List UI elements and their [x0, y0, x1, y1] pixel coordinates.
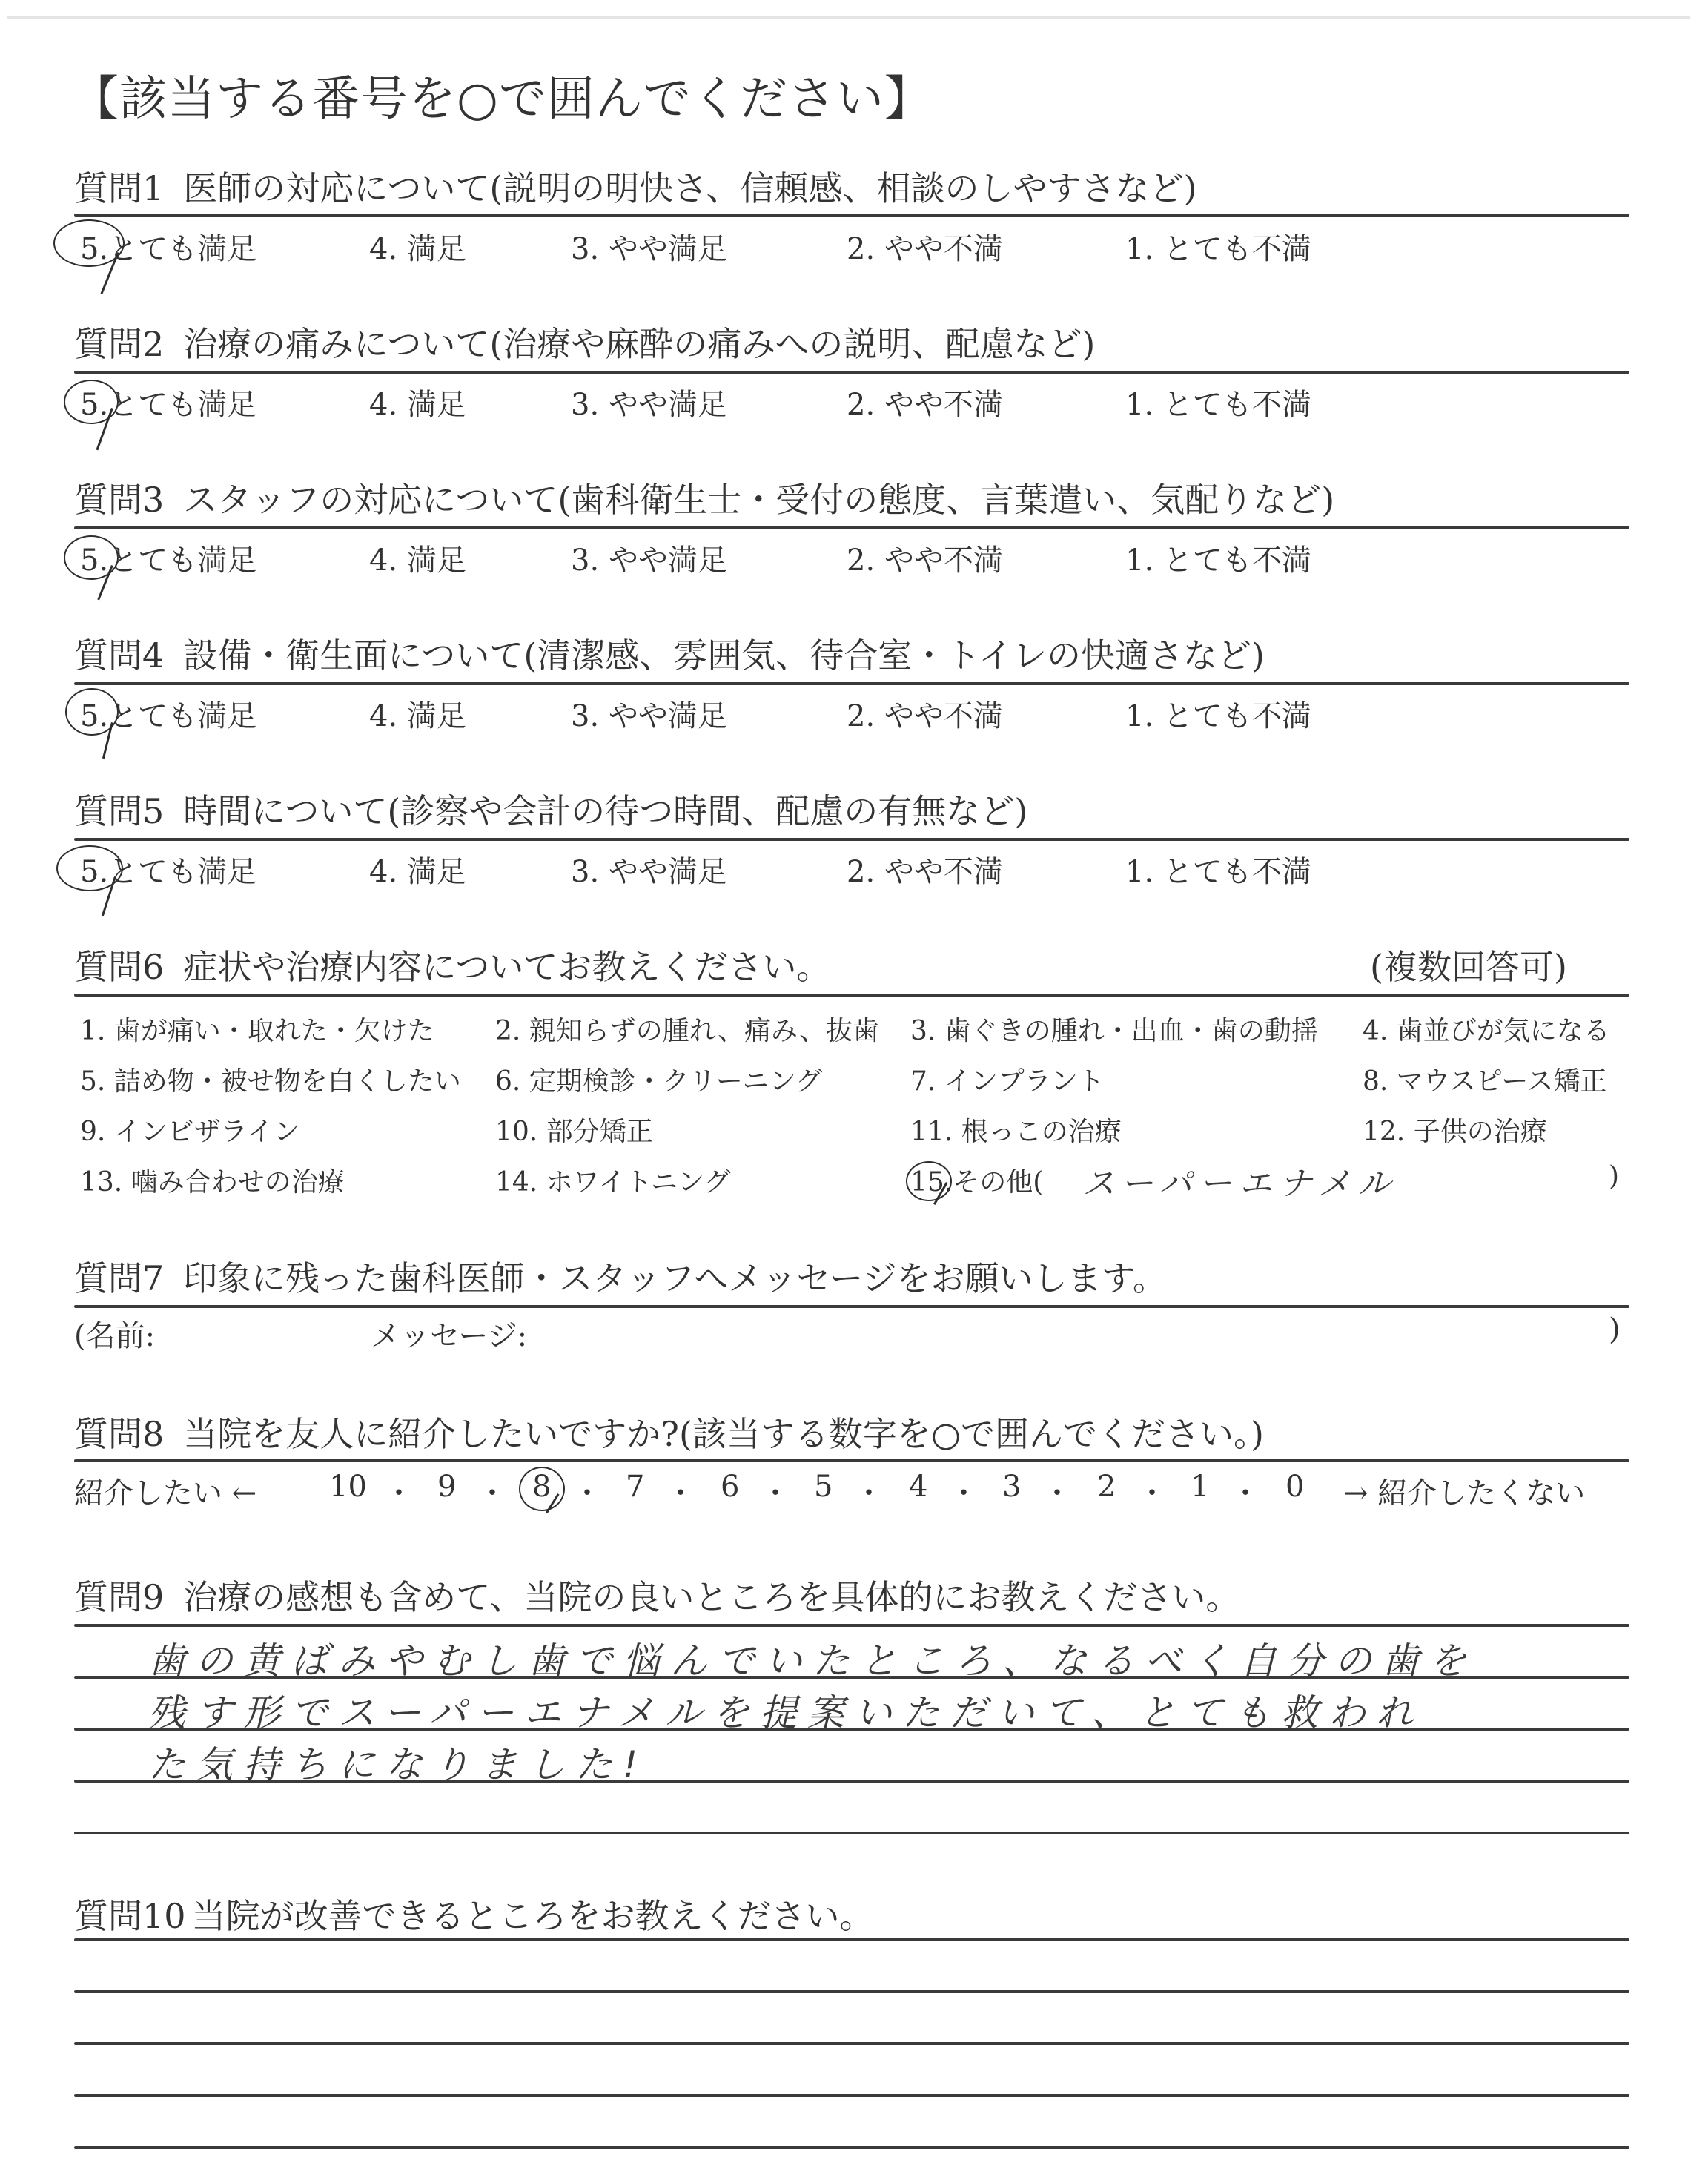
q10-answer-line-4[interactable] — [148, 2101, 1557, 2138]
q6-other-input[interactable]: スーパーエナメル — [1082, 1157, 1398, 1204]
q5-option-4[interactable]: 4. 満足 — [369, 848, 466, 891]
q6-option-1[interactable]: 1. 歯が痛い・取れた・欠けた — [80, 1010, 434, 1048]
question-2-rule — [74, 371, 1629, 374]
scale-6[interactable]: 6 — [721, 1470, 739, 1504]
form-instruction-title: 【該当する番号を○で囲んでください】 — [71, 61, 933, 129]
q6-option-14[interactable]: 14. ホワイトニング — [495, 1161, 730, 1199]
question-8-rule — [74, 1459, 1629, 1462]
q3-option-2[interactable]: 2. やや不満 — [847, 537, 1003, 579]
q1-option-4[interactable]: 4. 満足 — [369, 225, 466, 268]
q6-option-5[interactable]: 5. 詰め物・被せ物を白くしたい — [80, 1060, 461, 1098]
q6-option-13[interactable]: 13. 噛み合わせの治療 — [80, 1161, 345, 1199]
question-3-rule — [74, 526, 1629, 529]
q6-option-3[interactable]: 3. 歯ぐきの腫れ・出血・歯の動揺 — [910, 1010, 1318, 1048]
question-number: 質問1 — [74, 168, 164, 208]
question-8-heading: 質問8当院を友人に紹介したいですか?(該当する数字を○で囲んでください。) — [74, 1407, 1264, 1456]
q6-option-15-selection-circle — [906, 1161, 952, 1201]
scale-separator: ・ — [384, 1470, 414, 1512]
question-6-rule — [74, 994, 1629, 997]
answer-line — [74, 1676, 1629, 1679]
q6-option-10[interactable]: 10. 部分矯正 — [495, 1111, 653, 1149]
q3-option-3[interactable]: 3. やや満足 — [571, 537, 727, 579]
scale-separator: ・ — [1137, 1470, 1167, 1512]
q1-option-2[interactable]: 2. やや不満 — [847, 225, 1003, 268]
q5-option-2[interactable]: 2. やや不満 — [847, 848, 1003, 891]
q7-name-label: (名前: — [74, 1312, 155, 1355]
question-5-heading: 質問5時間について(診察や会計の待つ時間、配慮の有無など) — [74, 785, 1027, 833]
scale-5[interactable]: 5 — [814, 1470, 833, 1504]
scale-separator: ・ — [572, 1470, 602, 1512]
q7-close-paren: ) — [1609, 1312, 1621, 1347]
q4-option-4[interactable]: 4. 満足 — [369, 693, 466, 735]
q8-selection-circle — [519, 1467, 565, 1511]
q6-option-2[interactable]: 2. 親知らずの腫れ、痛み、抜歯 — [495, 1010, 879, 1048]
q2-option-1[interactable]: 1. とても不満 — [1125, 381, 1311, 423]
question-9-heading: 質問9治療の感想も含めて、当院の良いところを具体的にお教えください。 — [74, 1571, 1239, 1619]
q6-option-4[interactable]: 4. 歯並びが気になる — [1363, 1010, 1610, 1048]
q4-option-1[interactable]: 1. とても不満 — [1125, 693, 1311, 735]
q3-option-1[interactable]: 1. とても不満 — [1125, 537, 1311, 579]
question-10-heading: 質問10当院が改善できるところをお教えください。 — [74, 1889, 874, 1938]
scale-3[interactable]: 3 — [1002, 1470, 1021, 1504]
scale-separator: ・ — [761, 1470, 790, 1512]
q2-option-2[interactable]: 2. やや不満 — [847, 381, 1003, 423]
q3-selection-circle — [64, 535, 119, 580]
q5-option-3[interactable]: 3. やや満足 — [571, 848, 727, 891]
scale-7[interactable]: 7 — [626, 1470, 644, 1504]
answer-line — [74, 2042, 1629, 2045]
multiple-answers-note: (複数回答可) — [1370, 940, 1567, 989]
q2-option-4[interactable]: 4. 満足 — [369, 381, 466, 423]
q6-other-close-paren: ) — [1609, 1161, 1619, 1192]
scale-separator: ・ — [854, 1470, 884, 1512]
question-2-heading: 質問2治療の痛みについて(治療や麻酔の痛みへの説明、配慮など) — [74, 317, 1095, 366]
q6-option-12[interactable]: 12. 子供の治療 — [1363, 1111, 1547, 1149]
answer-line — [74, 2146, 1629, 2149]
q6-option-9[interactable]: 9. インビザライン — [80, 1111, 300, 1149]
answer-line — [74, 1990, 1629, 1993]
q3-option-4[interactable]: 4. 満足 — [369, 537, 466, 579]
scale-separator: ・ — [949, 1470, 979, 1512]
scale-4[interactable]: 4 — [909, 1470, 927, 1504]
q6-option-11[interactable]: 11. 根っこの治療 — [910, 1111, 1122, 1149]
question-7-heading: 質問7印象に残った歯科医師・スタッフへメッセージをお願いします。 — [74, 1252, 1167, 1301]
scale-0[interactable]: 0 — [1285, 1470, 1304, 1504]
scale-1[interactable]: 1 — [1191, 1470, 1209, 1504]
question-1-heading: 質問1医師の対応について(説明の明快さ、信頼感、相談のしやすさなど) — [74, 162, 1196, 211]
q10-answer-line-3[interactable] — [148, 2050, 1557, 2087]
question-4-heading: 質問4設備・衛生面について(清潔感、雰囲気、待合室・トイレの快適さなど) — [74, 629, 1265, 678]
scale-10[interactable]: 10 — [329, 1470, 367, 1504]
scale-separator: ・ — [1231, 1470, 1260, 1512]
q5-option-1[interactable]: 1. とても不満 — [1125, 848, 1311, 891]
q2-option-3[interactable]: 3. やや満足 — [571, 381, 727, 423]
scale-2[interactable]: 2 — [1097, 1470, 1116, 1504]
q6-option-7[interactable]: 7. インプラント — [910, 1060, 1105, 1098]
question-10-rule — [74, 1938, 1629, 1941]
question-4-rule — [74, 682, 1629, 685]
question-text: 医師の対応について(説明の明快さ、信頼感、相談のしやすさなど) — [183, 168, 1196, 208]
q7-message-field[interactable] — [563, 1312, 1586, 1345]
q4-option-3[interactable]: 3. やや満足 — [571, 693, 727, 735]
recommend-right-label: → 紹介したくない — [1343, 1470, 1585, 1512]
q7-message-label: メッセージ: — [371, 1312, 527, 1355]
question-7-rule — [74, 1305, 1629, 1308]
q4-option-2[interactable]: 2. やや不満 — [847, 693, 1003, 735]
question-5-rule — [74, 838, 1629, 841]
q1-option-1[interactable]: 1. とても不満 — [1125, 225, 1311, 268]
answer-line — [74, 1780, 1629, 1783]
q2-selection-circle — [64, 380, 119, 424]
scale-separator: ・ — [666, 1470, 695, 1512]
page-top-edge — [7, 16, 1690, 19]
q10-answer-line-2[interactable] — [148, 1998, 1557, 2035]
answer-line — [74, 1728, 1629, 1731]
recommend-left-label: 紹介したい ← — [74, 1470, 256, 1512]
scale-separator: ・ — [477, 1470, 507, 1512]
question-9-rule — [74, 1624, 1629, 1627]
q7-name-field[interactable] — [193, 1312, 356, 1345]
question-1-rule — [74, 214, 1629, 217]
q6-other-label: その他( — [953, 1167, 1043, 1198]
answer-line — [74, 1832, 1629, 1834]
question-3-heading: 質問3スタッフの対応について(歯科衛生士・受付の態度、言葉遣い、気配りなど) — [74, 473, 1334, 522]
q6-option-6[interactable]: 6. 定期検診・クリーニング — [495, 1060, 822, 1098]
q6-option-8[interactable]: 8. マウスピース矯正 — [1363, 1060, 1606, 1098]
q1-option-3[interactable]: 3. やや満足 — [571, 225, 727, 268]
question-6-heading: 質問6症状や治療内容についてお教えください。 — [74, 940, 830, 989]
answer-line — [74, 2094, 1629, 2097]
q10-answer-line-1[interactable] — [148, 1946, 1557, 1983]
scale-separator: ・ — [1042, 1470, 1072, 1512]
scale-9[interactable]: 9 — [437, 1470, 456, 1504]
